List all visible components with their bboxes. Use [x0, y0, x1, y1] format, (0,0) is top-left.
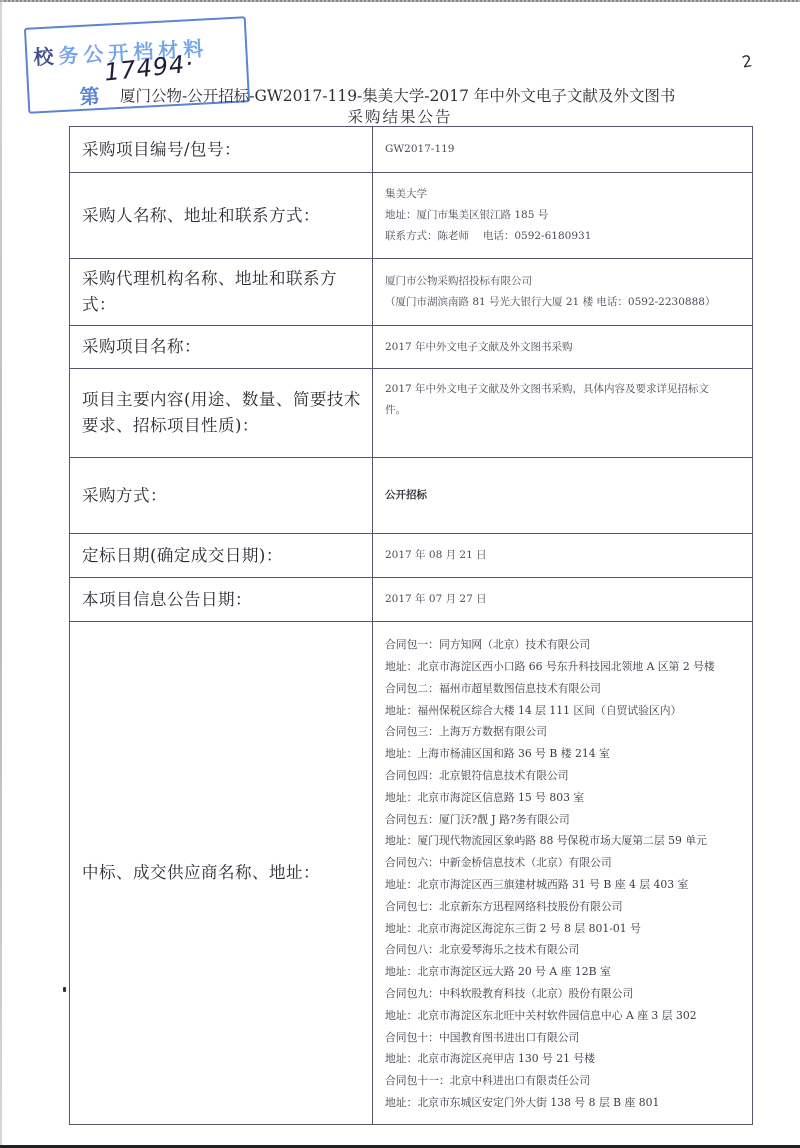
- supplier-package-11: 合同包十一：北京中科进出口有限责任公司: [385, 1070, 740, 1092]
- supplier-address-1: 地址：北京市海淀区西小口路 66 号东升科技园北领地 A 区第 2 号楼: [385, 656, 740, 678]
- row-value: 2017 年 07 月 27 日: [373, 578, 753, 622]
- supplier-package-5: 合同包五：厦门沃?靓 J 路?务有限公司: [385, 809, 740, 831]
- scan-top-edge: [0, 0, 800, 2]
- row-label: 本项目信息公告日期：: [70, 578, 373, 622]
- row-label: 中标、成交供应商名称、地址：: [70, 622, 373, 1125]
- supplier-address-4: 地址：北京市海淀区信息路 15 号 803 室: [385, 787, 740, 809]
- supplier-package-2: 合同包二：福州市超星数图信息技术有限公司: [385, 678, 740, 700]
- supplier-address-11: 地址：北京市东城区安定门外大街 138 号 8 层 B 座 801: [385, 1092, 740, 1114]
- supplier-address-7: 地址：北京市海淀区海淀东三街 2 号 8 层 801-01 号: [385, 918, 740, 940]
- supplier-address-9: 地址：北京市海淀区东北旺中关村软件园信息中心 A 座 3 层 302: [385, 1005, 740, 1027]
- procurement-method: 公开招标: [385, 485, 740, 506]
- agency-address: （厦门市湖滨南路 81 号光大银行大厦 21 楼 电话：0592-2230888…: [385, 292, 740, 313]
- document-subtitle: 采购结果公告: [0, 105, 800, 127]
- supplier-list: 合同包一：同方知网（北京）技术有限公司 地址：北京市海淀区西小口路 66 号东升…: [385, 628, 740, 1118]
- scan-speck: [63, 987, 66, 992]
- row-label: 采购人名称、地址和联系方式：: [70, 173, 373, 259]
- supplier-package-9: 合同包九：中科软股教育科技（北京）股份有限公司: [385, 983, 740, 1005]
- table-row-announcement-date: 本项目信息公告日期： 2017 年 07 月 27 日: [70, 578, 753, 622]
- supplier-package-7: 合同包七：北京新东方迅程网络科技股份有限公司: [385, 896, 740, 918]
- purchaser-name: 集美大学: [385, 184, 740, 205]
- row-value: 2017 年中外文电子文献及外文图书采购，具体内容及要求详见招标文 件。: [373, 369, 753, 458]
- row-value: GW2017-119: [373, 127, 753, 173]
- table-row-purchaser: 采购人名称、地址和联系方式： 集美大学 地址：厦门市集美区银江路 185 号 联…: [70, 173, 753, 259]
- supplier-package-6: 合同包六：中新金桥信息技术（北京）有限公司: [385, 852, 740, 874]
- page-mark: 2: [740, 51, 753, 71]
- project-number: GW2017-119: [385, 139, 740, 160]
- supplier-package-10: 合同包十：中国教育图书进出口有限公司: [385, 1027, 740, 1049]
- table-row-project-content: 项目主要内容(用途、数量、简要技术要求、招标项目性质)： 2017 年中外文电子…: [70, 369, 753, 458]
- supplier-address-8: 地址：北京市海淀区远大路 20 号 A 座 12B 室: [385, 961, 740, 983]
- row-label: 采购方式：: [70, 458, 373, 534]
- row-value: 2017 年中外文电子文献及外文图书采购: [373, 326, 753, 369]
- supplier-address-2: 地址：福州保税区综合大楼 14 层 111 区间（自贸试验区内）: [385, 700, 740, 722]
- row-label: 采购代理机构名称、地址和联系方式：: [70, 259, 373, 326]
- row-value: 合同包一：同方知网（北京）技术有限公司 地址：北京市海淀区西小口路 66 号东升…: [373, 622, 753, 1125]
- supplier-package-1: 合同包一：同方知网（北京）技术有限公司: [385, 634, 740, 656]
- agency-name: 厦门市公物采购招投标有限公司: [385, 271, 740, 292]
- table-row-project-name: 采购项目名称： 2017 年中外文电子文献及外文图书采购: [70, 326, 753, 369]
- table-row-project-number: 采购项目编号/包号： GW2017-119: [70, 127, 753, 173]
- row-label: 采购项目名称：: [70, 326, 373, 369]
- table-row-award-date: 定标日期(确定成交日期)： 2017 年 08 月 21 日: [70, 534, 753, 578]
- supplier-address-6: 地址：北京市海淀区西三旗建材城西路 31 号 B 座 4 层 403 室: [385, 874, 740, 896]
- purchaser-address: 地址：厦门市集美区银江路 185 号: [385, 205, 740, 226]
- supplier-package-3: 合同包三：上海万方数据有限公司: [385, 721, 740, 743]
- stamp-title-first-char: 校: [33, 44, 59, 69]
- table-row-agency: 采购代理机构名称、地址和联系方式： 厦门市公物采购招投标有限公司 （厦门市湖滨南…: [70, 259, 753, 326]
- supplier-address-3: 地址：上海市杨浦区国和路 36 号 B 楼 214 室: [385, 743, 740, 765]
- supplier-package-8: 合同包八：北京爱琴海乐之技术有限公司: [385, 939, 740, 961]
- scan-left-edge: [0, 0, 2, 1148]
- supplier-address-10: 地址：北京市海淀区亮甲店 130 号 21 号楼: [385, 1048, 740, 1070]
- row-value: 公开招标: [373, 458, 753, 534]
- project-content-line: 件。: [385, 400, 740, 421]
- award-date: 2017 年 08 月 21 日: [385, 545, 740, 566]
- table-row-procurement-method: 采购方式： 公开招标: [70, 458, 753, 534]
- row-value: 集美大学 地址：厦门市集美区银江路 185 号 联系方式：陈老师 电话：0592…: [373, 173, 753, 259]
- table-row-winning-suppliers: 中标、成交供应商名称、地址： 合同包一：同方知网（北京）技术有限公司 地址：北京…: [70, 622, 753, 1125]
- procurement-result-table: 采购项目编号/包号： GW2017-119 采购人名称、地址和联系方式： 集美大…: [69, 126, 753, 1125]
- row-label: 定标日期(确定成交日期)：: [70, 534, 373, 578]
- supplier-package-4: 合同包四：北京银符信息技术有限公司: [385, 765, 740, 787]
- purchaser-contact: 联系方式：陈老师 电话：0592-6180931: [385, 226, 740, 247]
- row-label: 采购项目编号/包号：: [70, 127, 373, 173]
- document-title: 厦门公物-公开招标-GW2017-119-集美大学-2017 年中外文电子文献及…: [120, 84, 720, 106]
- row-value: 厦门市公物采购招投标有限公司 （厦门市湖滨南路 81 号光大银行大厦 21 楼 …: [373, 259, 753, 326]
- announcement-date: 2017 年 07 月 27 日: [385, 589, 740, 610]
- project-content-line: 2017 年中外文电子文献及外文图书采购，具体内容及要求详见招标文: [385, 379, 740, 400]
- row-value: 2017 年 08 月 21 日: [373, 534, 753, 578]
- row-label: 项目主要内容(用途、数量、简要技术要求、招标项目性质)：: [70, 369, 373, 458]
- project-name: 2017 年中外文电子文献及外文图书采购: [385, 337, 740, 358]
- supplier-address-5: 地址：厦门现代物流园区象屿路 88 号保税市场大厦第二层 59 单元: [385, 830, 740, 852]
